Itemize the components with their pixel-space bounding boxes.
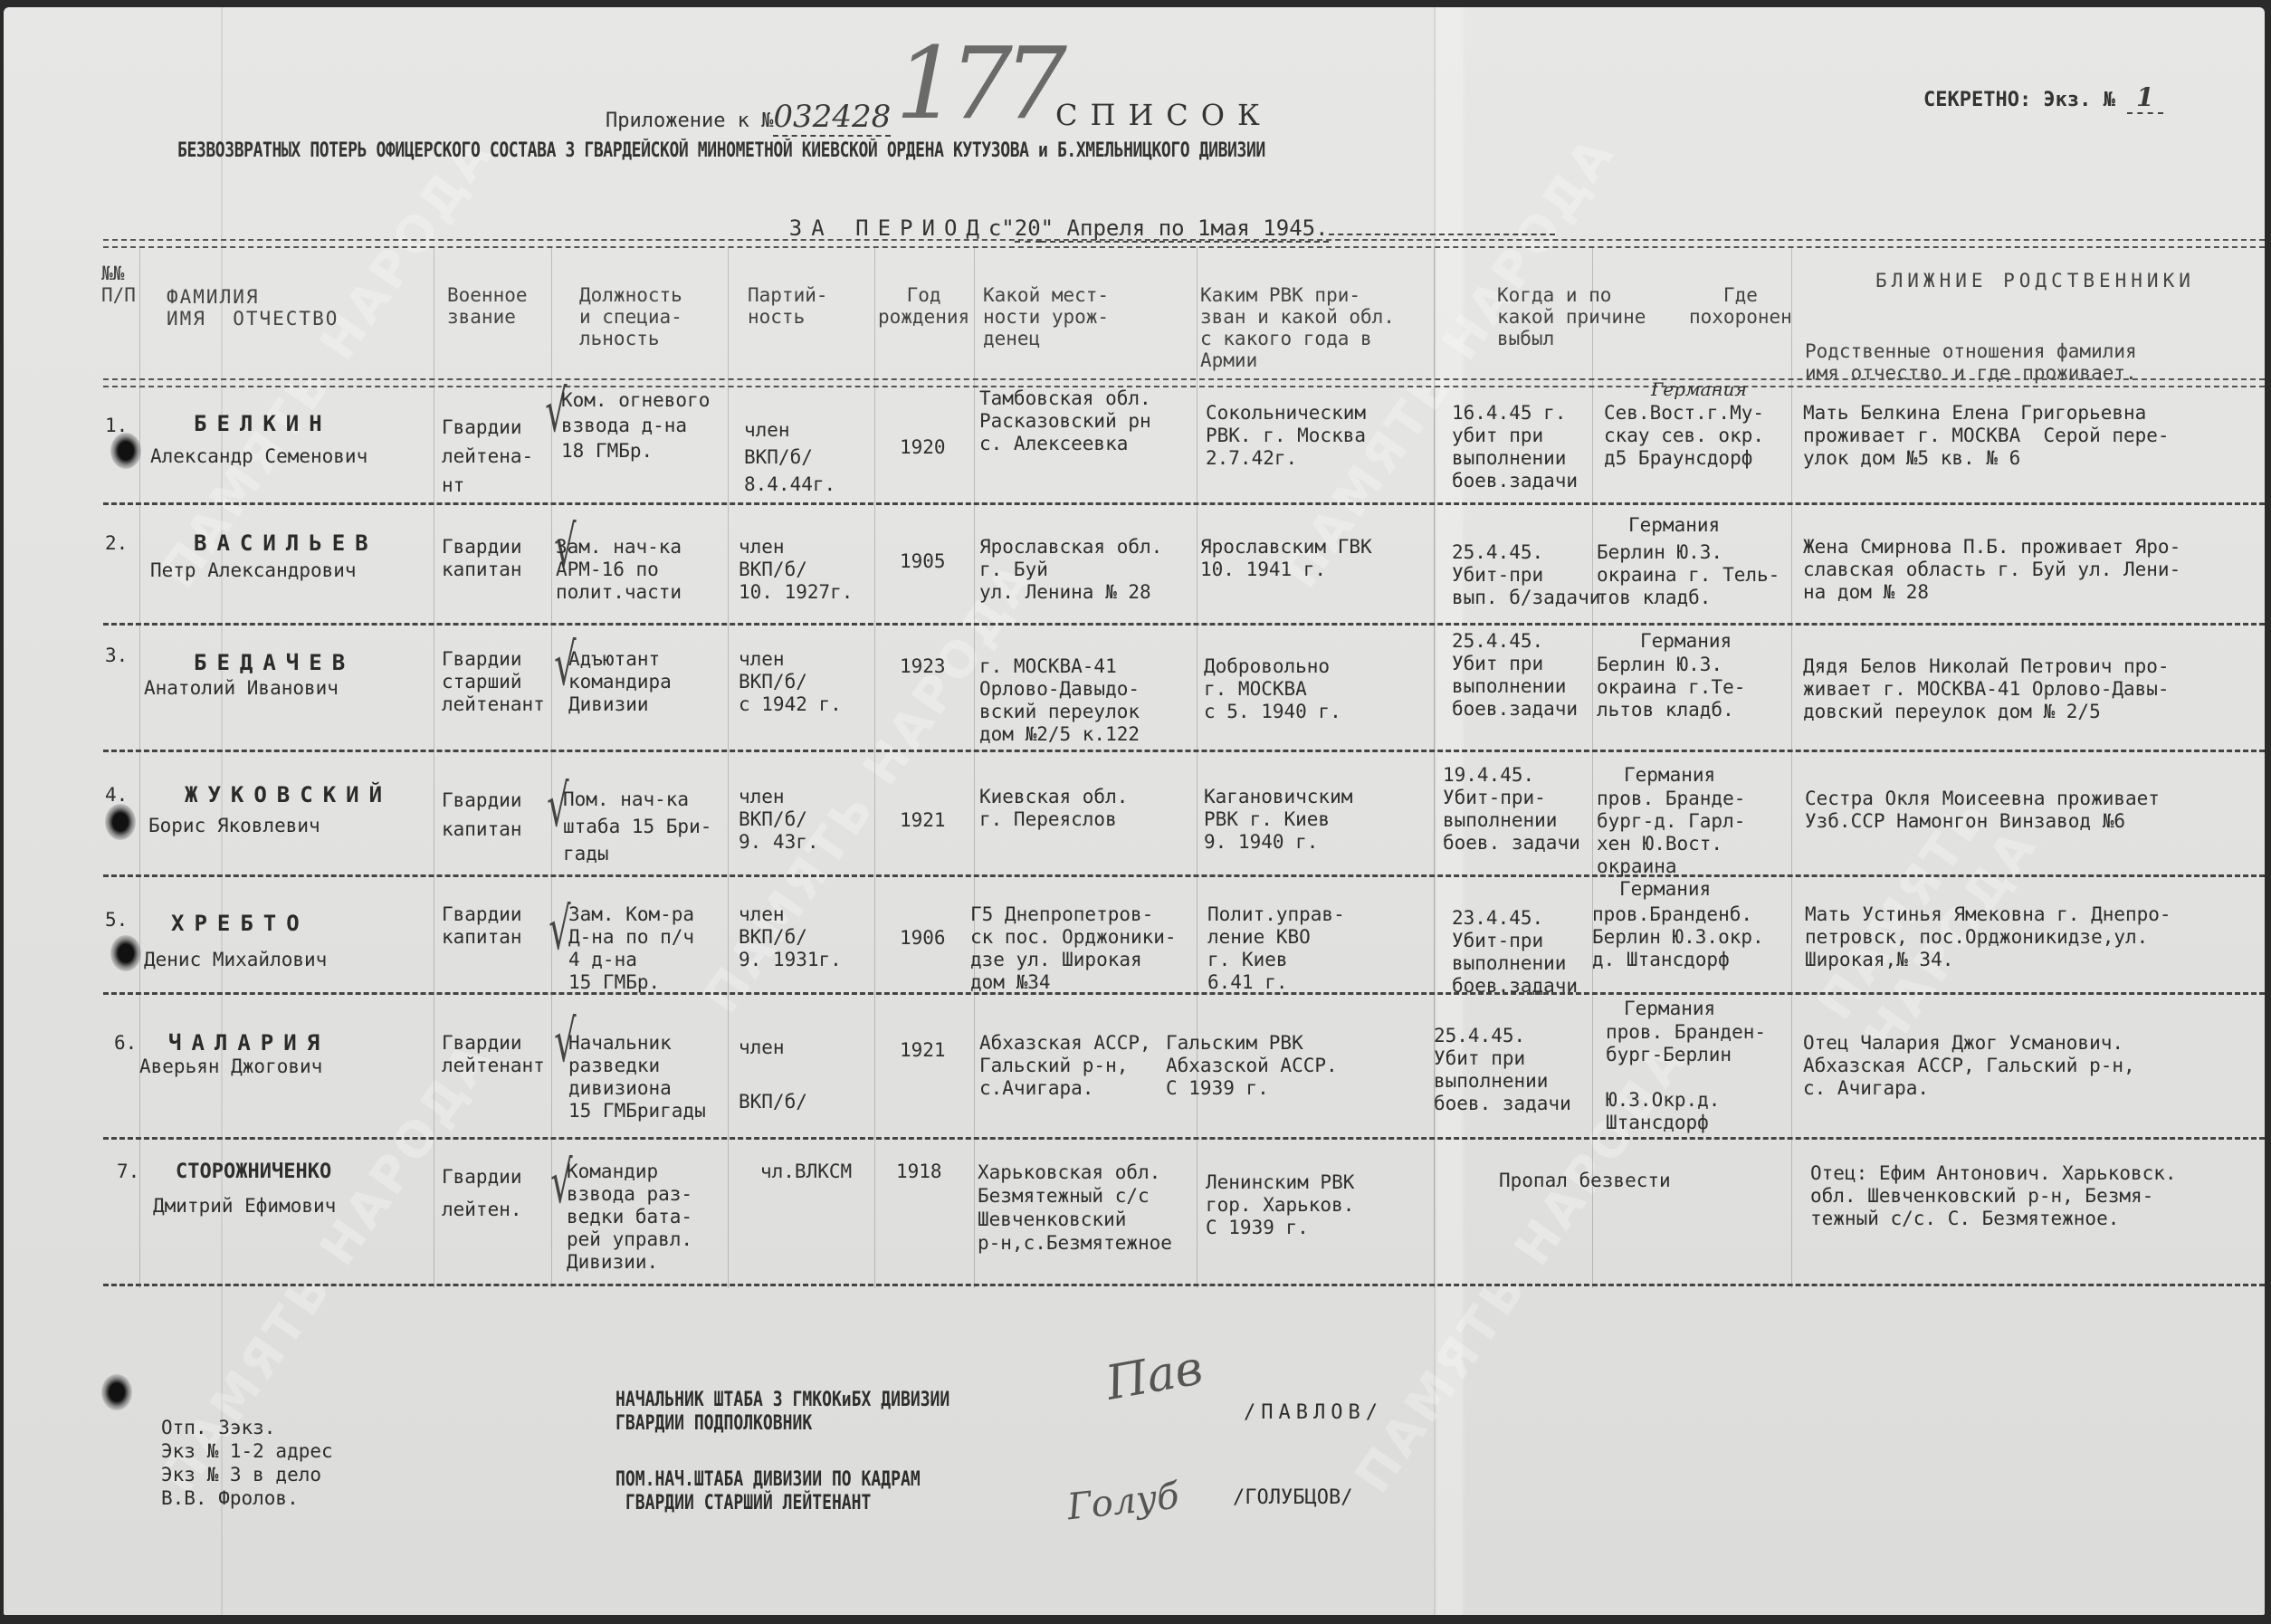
rank: Гвардии старший лейтенант — [442, 648, 545, 716]
col-header-birth-year: Год рождения — [878, 284, 969, 328]
buried: пров.Бранденб. Берлин Ю.З.окр. д. Штансд… — [1592, 903, 1764, 971]
when-why: 25.4.45. Убит-при вып. б/задачи — [1452, 541, 1600, 609]
birth-year: 1921 — [900, 1039, 946, 1062]
birth-year: 1921 — [900, 809, 946, 832]
row-divider — [103, 992, 2265, 995]
col-header-when-why: Когда и по какой причине выбыл — [1497, 284, 1646, 349]
buried: пров. Бранден- бург-Берлин Ю.З.Окр.д. Шт… — [1606, 1021, 1766, 1134]
relatives: Сестра Окля Моисеевна проживает Узб.ССР … — [1805, 788, 2160, 833]
when-why: 23.4.45. Убит-при выполнении боев.задачи — [1452, 907, 1578, 998]
when-why: 25.4.45. Убит при выполнении боев. задач… — [1434, 1025, 1571, 1115]
column-line — [1434, 247, 1435, 1288]
buried-note: Германия — [1624, 764, 1715, 787]
rank: Гвардии лейтена- нт — [442, 413, 533, 500]
col-header-rank: Военное звание — [447, 284, 528, 328]
column-line — [974, 247, 975, 1288]
rank: Гвардии капитан — [442, 903, 522, 949]
drafted: Полит.управ- ление КВО г. Киев 6.41 г. — [1207, 903, 1345, 994]
position: Ком. огневого взвода д-на 18 ГМБр. — [561, 387, 710, 463]
drafted: Кагановичским РВК г. Киев 9. 1940 г. — [1204, 786, 1352, 854]
document-page: ПАМЯТЬ НАРОДА ПАМЯТЬ НАРОДА ПАМЯТЬ НАРОД… — [4, 7, 2265, 1615]
col-header-num: №№ П/П — [101, 263, 136, 306]
given-names: Александр Семенович — [150, 445, 367, 468]
row-number: 1. — [105, 415, 128, 437]
punch-hole — [110, 433, 141, 469]
position: Зам. нач-ка АРМ-16 по полит.части — [556, 536, 682, 604]
drafted: Добровольно г. МОСКВА с 5. 1940 г. — [1204, 655, 1341, 723]
column-line — [1197, 247, 1198, 1288]
position: Командир взвода раз- ведки бата- рей упр… — [567, 1161, 692, 1274]
drafted: Гальским РВК Абхазской АССР. С 1939 г. — [1166, 1032, 1338, 1100]
row-divider — [103, 1137, 2265, 1140]
punch-hole — [101, 1374, 132, 1410]
column-line — [874, 247, 875, 1288]
surname: ЧАЛАРИЯ — [168, 1032, 329, 1055]
relatives: Дядя Белов Николай Петрович про- живает … — [1803, 655, 2170, 723]
drafted: Ленинским РВК гор. Харьков. С 1939 г. — [1206, 1171, 1354, 1239]
given-names: Борис Яковлевич — [148, 815, 320, 837]
copy-number: 1 — [2127, 82, 2162, 114]
birth-year: 1906 — [900, 927, 946, 950]
position: Зам. Ком-ра Д-на по п/ч 4 д-на 15 ГМБр. — [568, 903, 694, 994]
buried-note: Германия — [1628, 514, 1720, 537]
surname: БЕЛКИН — [194, 413, 332, 435]
signature-golubtsov: Голуб — [1065, 1476, 1181, 1529]
rank: Гвардии лейтенант — [442, 1032, 545, 1077]
col-header-relatives: Родственные отношения фамилия имя отчест… — [1805, 340, 2137, 384]
given-names: Анатолий Иванович — [144, 677, 339, 700]
given-names: Петр Александрович — [150, 559, 357, 582]
surname: СТОРОЖНИЧЕНКО — [176, 1161, 331, 1183]
given-names: Денис Михайлович — [144, 949, 327, 971]
row-number: 2. — [105, 532, 128, 555]
col-header-relatives-title: БЛИЖНИЕ РОДСТВЕННИКИ — [1875, 270, 2195, 291]
party: член ВКП/б/ с 1942 г. — [739, 648, 842, 716]
party: член ВКП/б/ 9. 43г. — [739, 786, 819, 854]
signer2-title: ПОМ.НАЧ.ШТАБА ДИВИЗИИ ПО КАДРАМ ГВАРДИИ … — [615, 1468, 921, 1515]
drafted: Ярославским ГВК 10. 1941 г. — [1200, 536, 1372, 581]
row-number: 6. — [114, 1032, 137, 1055]
buried-note: Германия — [1640, 630, 1732, 653]
signer2-name: /ГОЛУБЦОВ/ — [1233, 1486, 1352, 1510]
rank: Гвардии лейтен. — [442, 1161, 522, 1226]
birth-year: 1923 — [900, 655, 946, 678]
column-line — [139, 247, 140, 1288]
punch-hole — [105, 804, 136, 840]
row-number: 5. — [105, 909, 128, 931]
period-prefix: с" — [988, 215, 1015, 241]
party: член ВКП/б/ 8.4.44г. — [744, 416, 835, 498]
column-line — [434, 247, 434, 1288]
drafted: Сокольническим РВК. г. Москва 2.7.42г. — [1206, 402, 1366, 470]
birthplace: Абхазская АССР, Гальский р-н, с.Ачигара. — [979, 1032, 1151, 1100]
position: Адъютант командира Дивизии — [568, 648, 672, 716]
birthplace: Киевская обл. г. Переяслов — [979, 786, 1128, 831]
secrecy-stamp: СЕКРЕТНО: Экз. № 1 — [1875, 60, 2163, 135]
distribution-note: Отп. 3экз. Экз № 1-2 адрес Экз № 3 в дел… — [161, 1416, 333, 1510]
relatives: Жена Смирнова П.Б. проживает Яро- славск… — [1803, 536, 2180, 604]
secrecy-label: СЕКРЕТНО: Экз. № — [1923, 89, 2115, 111]
party: член ВКП/б/ — [739, 1034, 807, 1115]
party: член ВКП/б/ 10. 1927г. — [739, 536, 853, 604]
surname: БЕДАЧЕВ — [194, 652, 355, 674]
col-header-drafted: Каким РВК при- зван и какой обл. с каког… — [1200, 284, 1395, 371]
buried: Берлин Ю.З. окраина г. Тель- тов кладб. — [1597, 541, 1780, 609]
col-header-birthplace: Какой мест- ности урож- денец — [983, 284, 1109, 349]
birthplace: Г5 Днепропетров- ск пос. Орджоники- дзе … — [970, 903, 1177, 994]
col-header-party: Партий- ность — [748, 284, 828, 328]
buried: Берлин Ю.З. окраина г.Те- льтов кладб. — [1597, 654, 1745, 721]
row-divider — [103, 750, 2265, 752]
buried-note: Германия — [1651, 378, 1747, 401]
attachment-number: 032428 — [773, 99, 891, 137]
document-subtitle: БЕЗВОЗВРАТНЫХ ПОТЕРЬ ОФИЦЕРСКОГО СОСТАВА… — [177, 139, 1265, 162]
relatives: Мать Устинья Ямековна г. Днепро- петровс… — [1805, 903, 2171, 971]
row-number: 4. — [105, 784, 128, 807]
row-number: 7. — [117, 1161, 139, 1183]
relatives: Мать Белкина Елена Григорьевна проживает… — [1803, 402, 2170, 470]
relatives: Отец Чалария Джог Усманович. Абхазская А… — [1803, 1032, 2135, 1100]
birthplace: г. МОСКВА-41 Орлово-Давыдо- вский переул… — [979, 655, 1140, 746]
period-line: ЗА ПЕРИОДс"20" Апреля по 1мая 1945. — [737, 190, 1555, 266]
column-line — [1791, 247, 1792, 1288]
buried: пров. Бранде- бург-д. Гарл- хен Ю.Вост. … — [1597, 788, 1745, 878]
watermark: ПАМЯТЬ НАРОДА — [149, 125, 504, 597]
party: чл.ВЛКСМ — [760, 1161, 852, 1183]
when-why: Пропал безвести — [1499, 1170, 1671, 1192]
when-why: 25.4.45. Убит при выполнении боев.задачи — [1452, 630, 1578, 721]
handwritten-page-number: 177 — [895, 25, 1058, 141]
row-divider — [103, 874, 2265, 877]
birth-year: 1920 — [900, 436, 946, 459]
col-header-name: ФАМИЛИЯ ИМЯ ОТЧЕСТВО — [167, 286, 339, 330]
birthplace: Харьковская обл. Безмятежный с/с Шевченк… — [978, 1161, 1172, 1255]
party: член ВКП/б/ 9. 1931г. — [739, 903, 842, 971]
position: Начальник разведки дивизиона 15 ГМБригад… — [568, 1032, 706, 1122]
checkmark-icon: √ — [549, 896, 570, 963]
rank: Гвардии капитан — [442, 536, 522, 581]
col-header-buried: Где похоронен — [1689, 284, 1792, 328]
buried-note: Германия — [1624, 998, 1715, 1020]
punch-hole — [110, 935, 141, 971]
row-number: 3. — [105, 645, 128, 667]
buried: Сев.Вост.г.Му- скау сев. окр. д5 Браунсд… — [1604, 402, 1764, 470]
document-title: СПИСОК — [1055, 98, 1273, 132]
buried-note: Германия — [1619, 878, 1711, 901]
column-line — [1592, 247, 1593, 1288]
position: Пом. нач-ка штаба 15 Бри- гады — [563, 786, 711, 867]
table-top-rule — [103, 239, 2265, 248]
row-divider — [103, 502, 2265, 505]
when-why: 19.4.45. Убит-при- выполнении боев. зада… — [1443, 764, 1580, 855]
attachment-ref-label: Приложение к № — [606, 110, 773, 132]
signer1-title: НАЧАЛЬНИК ШТАБА 3 ГМКОКиБХ ДИВИЗИИ ГВАРД… — [615, 1389, 949, 1436]
signature-pavlov: Пав — [1102, 1341, 1207, 1411]
birth-year: 1918 — [896, 1161, 942, 1183]
surname: ЖУКОВСКИЙ — [185, 784, 392, 807]
signer1-name: /ПАВЛОВ/ — [1244, 1401, 1383, 1425]
birth-year: 1905 — [900, 550, 946, 573]
row-divider — [103, 1284, 2265, 1286]
col-header-position: Должность и специа- льность — [579, 284, 682, 349]
surname: ВАСИЛЬЕВ — [194, 532, 378, 555]
period-label: ЗА ПЕРИОД — [789, 215, 988, 241]
surname: ХРЕБТО — [171, 912, 310, 935]
row-divider — [103, 623, 2265, 626]
column-line — [728, 247, 729, 1288]
given-names: Аверьян Джогович — [139, 1056, 322, 1078]
relatives: Отец: Ефим Антонович. Харьковск. обл. Ше… — [1810, 1162, 2177, 1230]
when-why: 16.4.45 г. убит при выполнении боев.зада… — [1452, 402, 1578, 492]
birthplace: Тамбовская обл. Расказовский рн с. Алекс… — [979, 387, 1151, 455]
birthplace: Ярославская обл. г. Буй ул. Ленина № 28 — [979, 536, 1162, 604]
given-names: Дмитрий Ефимович — [153, 1195, 336, 1218]
rank: Гвардии капитан — [442, 786, 522, 844]
